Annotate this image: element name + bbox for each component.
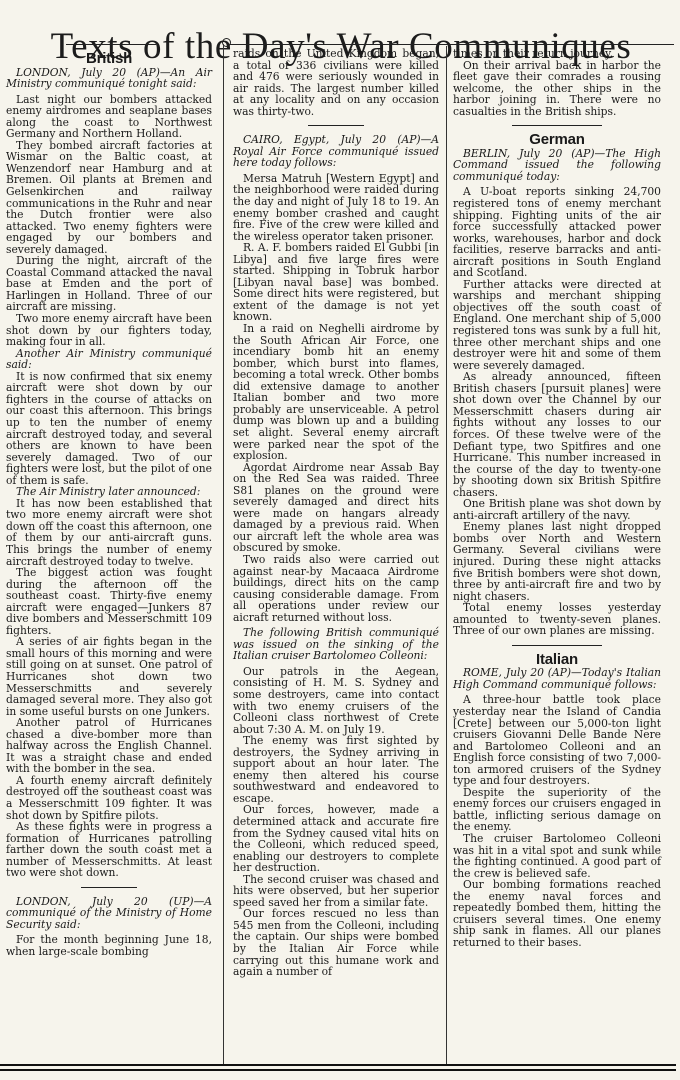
article-paragraph: Mersa Matruh [Western Egypt] and the nei… <box>233 173 439 242</box>
article-paragraph: Our bombing formations reached the enemy… <box>453 879 661 948</box>
article-paragraph: The cruiser Bartolomeo Colleoni was hit … <box>453 833 661 879</box>
article-paragraph: Our forces, however, made a determined a… <box>233 804 439 873</box>
dateline-cairo: CAIRO, Egypt, July 20 (AP)—A Royal Air F… <box>233 134 439 169</box>
article-paragraph: On their arrival back in harbor the flee… <box>453 60 661 118</box>
section-divider <box>512 125 602 126</box>
column-divider <box>223 44 224 1064</box>
bottom-rule <box>0 1069 676 1071</box>
article-paragraph: Another patrol of Hurricanes chased a di… <box>6 717 212 775</box>
section-divider <box>81 887 137 888</box>
dateline-rome: ROME, July 20 (AP)—Today's Italian High … <box>453 667 661 690</box>
article-paragraph: A series of air fights began in the smal… <box>6 636 212 717</box>
dateline-london-airministry: LONDON, July 20 (AP)—An Air Ministry com… <box>6 67 212 90</box>
article-paragraph: The enemy was first sighted by destroyer… <box>233 735 439 804</box>
column-1: British LONDON, July 20 (AP)—An Air Mini… <box>6 50 212 958</box>
article-paragraph: One British plane was shot down by anti-… <box>453 498 661 521</box>
article-paragraph: Despite the superiority of the enemy for… <box>453 787 661 833</box>
article-paragraph: As already announced, fifteen British ch… <box>453 371 661 498</box>
article-paragraph: Further attacks were directed at warship… <box>453 279 661 371</box>
newspaper-page: Texts of the Day's War Communiques Briti… <box>0 0 680 1080</box>
column-divider <box>446 46 447 1064</box>
dateline-berlin: BERLIN, July 20 (AP)—The High Command is… <box>453 148 661 183</box>
article-paragraph: It is now confirmed that six enemy aircr… <box>6 371 212 486</box>
communique-intro-sinking: The following British communiqué was iss… <box>233 627 439 662</box>
section-heading-british: British <box>6 53 212 65</box>
article-paragraph-continued: raids on the United Kingdom began, a tot… <box>233 48 439 117</box>
article-paragraph-continued: times on their return journey. <box>453 48 661 60</box>
section-divider <box>512 645 602 646</box>
article-paragraph: Two more enemy aircraft have been shot d… <box>6 313 212 348</box>
article-paragraph: Last night our bombers attacked enemy ai… <box>6 94 212 140</box>
article-paragraph: During the night, aircraft of the Coasta… <box>6 255 212 313</box>
dateline-london-homesecurity: LONDON, July 20 (UP)—A communiqué of the… <box>6 896 212 931</box>
article-paragraph: Agordat Airdrome near Assab Bay on the R… <box>233 462 439 554</box>
bottom-rule <box>0 1064 676 1066</box>
article-paragraph: Enemy planes last night dropped bombs ov… <box>453 521 661 602</box>
headline-rule-left <box>66 44 156 45</box>
article-paragraph: The second cruiser was chased and hits w… <box>233 874 439 909</box>
article-paragraph: It has now been established that two mor… <box>6 498 212 567</box>
communique-intro: Another Air Ministry communiqué said: <box>6 348 212 371</box>
article-paragraph: Two raids also were carried out against … <box>233 554 439 623</box>
article-paragraph: R. A. F. bombers raided El Gubbi [in Lib… <box>233 242 439 323</box>
article-paragraph: A U-boat reports sinking 24,700 register… <box>453 186 661 278</box>
headline-rule-right <box>230 44 674 45</box>
article-paragraph: They bombed aircraft factories at Wismar… <box>6 140 212 255</box>
article-paragraph: Our forces rescued no less than 545 men … <box>233 908 439 977</box>
article-paragraph: For the month beginning June 18, when la… <box>6 934 212 957</box>
article-paragraph: The biggest action was fought during the… <box>6 567 212 636</box>
article-paragraph: As these fights were in progress a forma… <box>6 821 212 879</box>
article-paragraph: Our patrols in the Aegean, consisting of… <box>233 666 439 735</box>
section-heading-german: German <box>453 134 661 146</box>
article-paragraph: In a raid on Neghelli airdrome by the So… <box>233 323 439 462</box>
article-paragraph: A fourth enemy aircraft definitely destr… <box>6 775 212 821</box>
article-paragraph: Total enemy losses yesterday amounted to… <box>453 602 661 637</box>
section-heading-italian: Italian <box>453 654 661 666</box>
column-2: raids on the United Kingdom began, a tot… <box>233 48 439 978</box>
article-paragraph: A three-hour battle took place yesterday… <box>453 694 661 786</box>
column-3: times on their return journey. On their … <box>453 48 661 948</box>
section-divider <box>308 125 364 126</box>
